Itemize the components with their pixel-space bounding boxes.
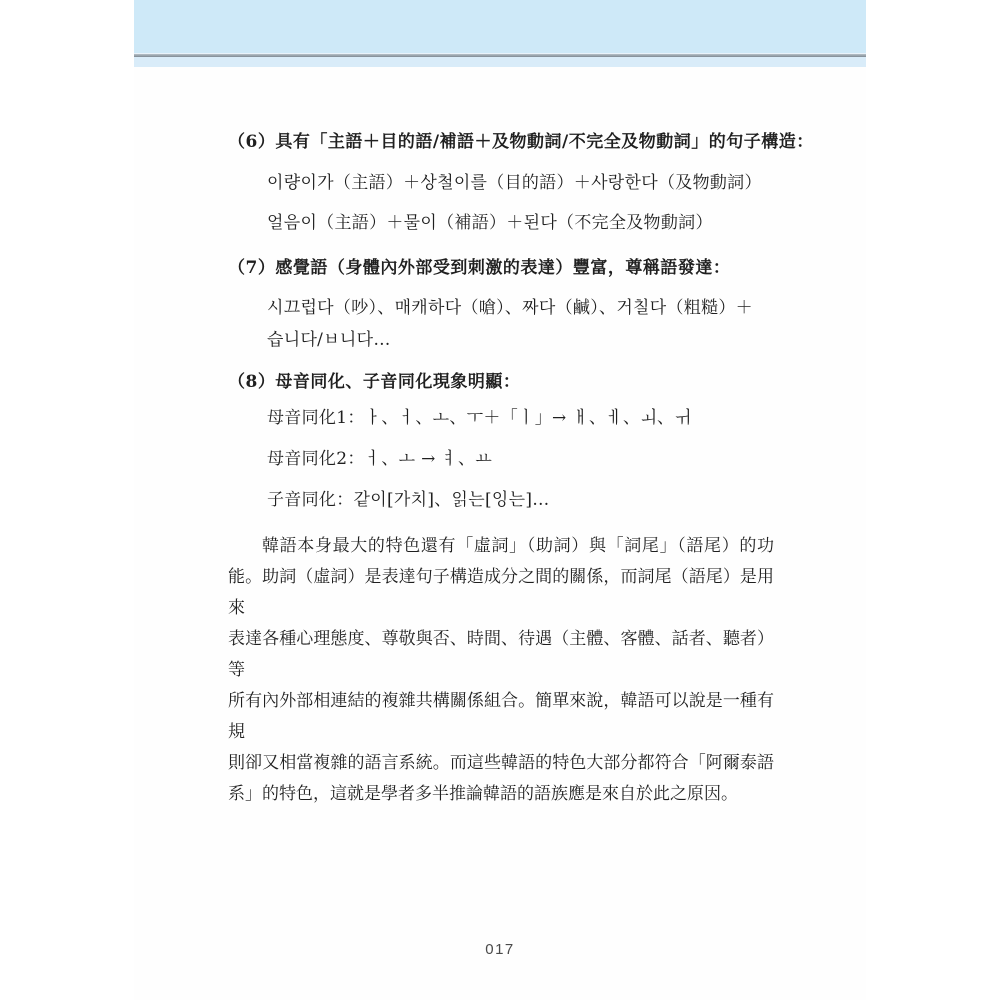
book-page: （6）具有「主語＋目的語/補語＋及物動詞/不完全及物動詞」的句子構造： 이량이가…: [134, 0, 866, 1000]
header-band-substripe: [134, 57, 866, 67]
document-canvas: （6）具有「主語＋目的語/補語＋及物動詞/不完全及物動詞」的句子構造： 이량이가…: [0, 0, 1000, 1000]
paragraph-line: 則卻又相當複雜的語言系統。而這些韓語的特色大部分都符合「阿爾泰語: [228, 748, 774, 779]
section-7-heading: （7）感覺語（身體內外部受到刺激的表達）豐富，尊稱語發達：: [228, 257, 730, 279]
paragraph-line: 系」的特色，這就是學者多半推論韓語的語族應是來自於此之原因。: [228, 779, 774, 810]
section-7-example-1: 시끄럽다（吵）、매캐하다（嗆）、짜다（鹹）、거칠다（粗糙）＋: [267, 297, 753, 319]
section-8-rule-3: 子音同化：같이[가치]、읽는[잉는]…: [267, 489, 550, 511]
page-number: 017: [134, 941, 866, 958]
paragraph-line: 所有內外部相連結的複雜共構關係組合。簡單來說，韓語可以說是一種有規: [228, 686, 774, 748]
section-6-example-2: 얼음이（主語）＋물이（補語）＋된다（不完全及物動詞）: [267, 212, 713, 234]
paragraph-line: 表達各種心理態度、尊敬與否、時間、待遇（主體、客體、話者、聽者）等: [228, 624, 774, 686]
section-8-rule-2: 母音同化2：ㅓ、ㅗ → ㅕ、ㅛ: [267, 448, 492, 470]
paragraph-line: 韓語本身最大的特色還有「虛詞」（助詞）與「詞尾」（語尾）的功: [228, 531, 774, 562]
header-band-fill: [134, 0, 866, 53]
header-band: [134, 0, 866, 67]
section-6-example-1: 이량이가（主語）＋상철이를（目的語）＋사랑한다（及物動詞）: [267, 172, 762, 194]
section-8-heading: （8）母音同化、子音同化現象明顯：: [228, 371, 520, 393]
section-7-example-2: 습니다/ㅂ니다…: [267, 329, 391, 351]
body-paragraph: 韓語本身最大的特色還有「虛詞」（助詞）與「詞尾」（語尾）的功 能。助詞（虛詞）是…: [228, 531, 774, 810]
section-6-heading: （6）具有「主語＋目的語/補語＋及物動詞/不完全及物動詞」的句子構造：: [228, 131, 814, 153]
section-8-rule-1: 母音同化1：ㅏ、ㅓ、ㅗ、ㅜ＋「ㅣ」→ ㅐ、ㅔ、ㅚ、ㅟ: [267, 407, 691, 429]
paragraph-line: 能。助詞（虛詞）是表達句子構造成分之間的關係，而詞尾（語尾）是用來: [228, 562, 774, 624]
